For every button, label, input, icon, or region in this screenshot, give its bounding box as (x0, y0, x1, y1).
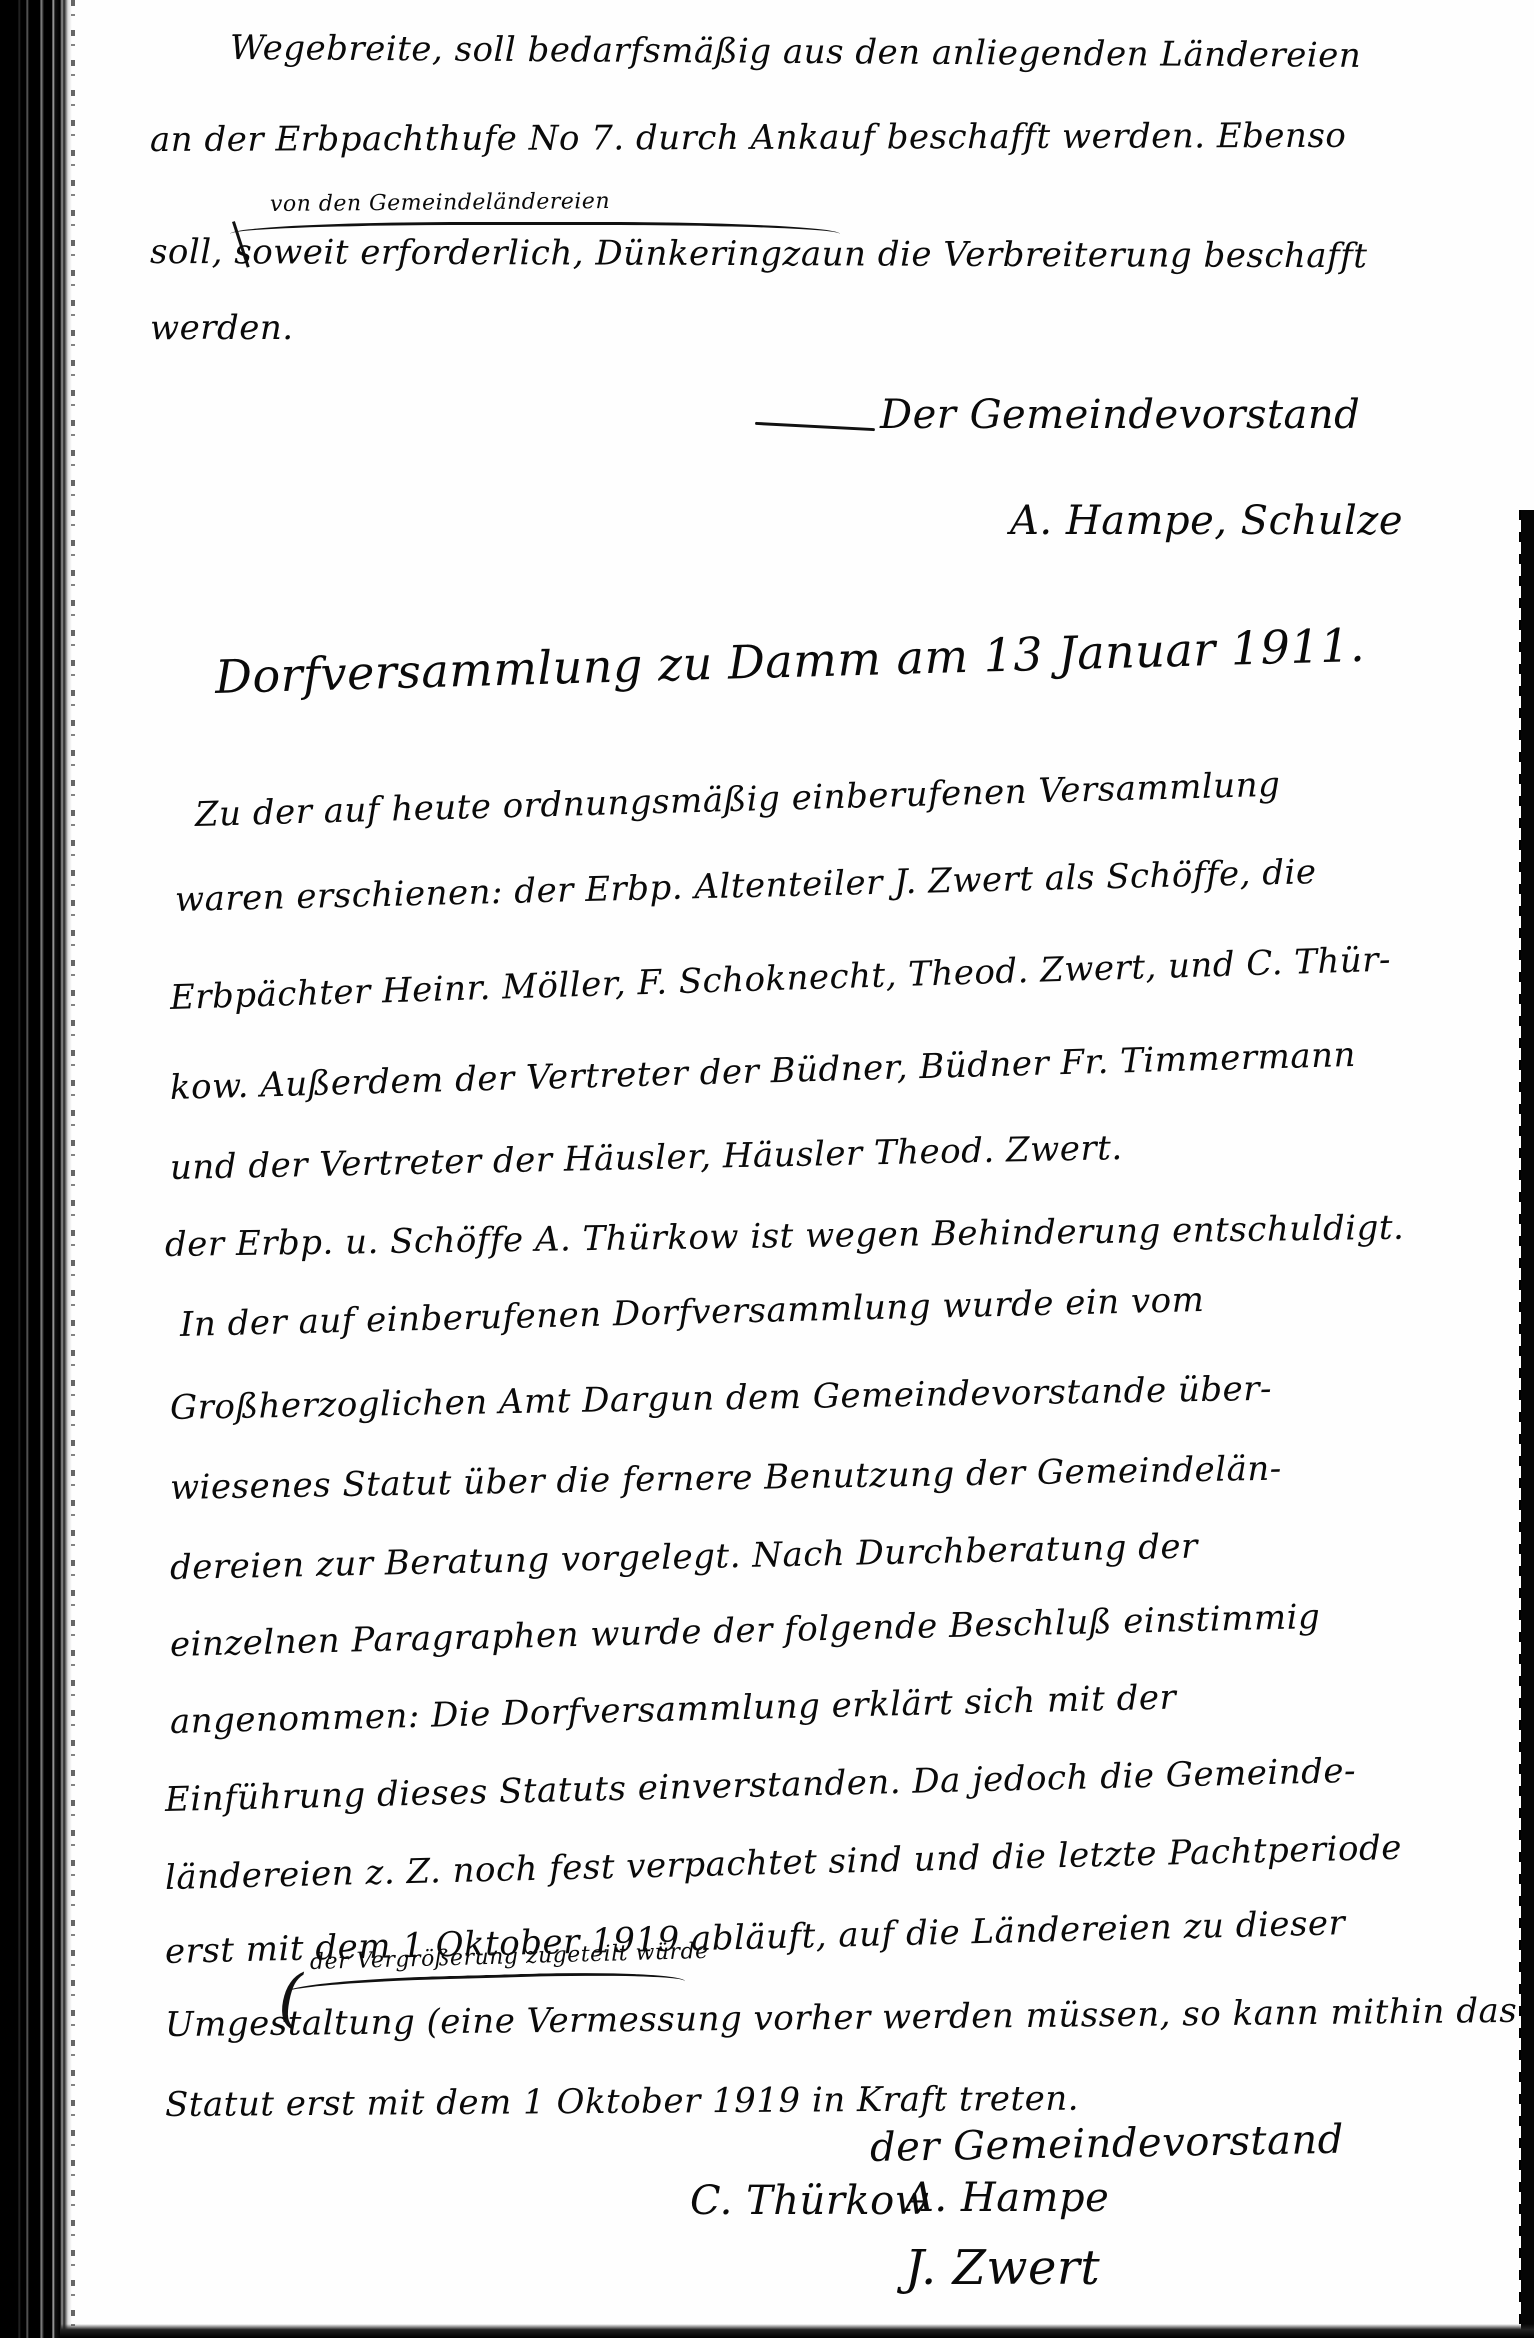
signature-heading: der Gemeindevorstand (870, 2117, 1345, 2171)
handwritten-line: Wegebreite, soll bedarfsmäßig aus den an… (230, 28, 1362, 76)
handwritten-line: soll, soweit erforderlich, Dünkeringzaun… (150, 232, 1368, 276)
handwritten-line: waren erschienen: der Erbp. Altenteiler … (175, 852, 1317, 920)
signature-heading: Der Gemeindevorstand (880, 392, 1360, 438)
handwritten-line: einzelnen Paragraphen wurde der folgende… (170, 1597, 1321, 1665)
signature: C. Thürkow (690, 2178, 930, 2224)
signature-flourish (755, 422, 875, 431)
page-right-edge-shadow (1521, 510, 1534, 2338)
handwritten-line: dereien zur Beratung vorgelegt. Nach Dur… (170, 1526, 1199, 1588)
handwritten-line: Einführung dieses Statuts einverstanden.… (165, 1751, 1357, 1820)
scanned-page: Wegebreite, soll bedarfsmäßig aus den an… (0, 0, 1534, 2338)
handwritten-line: werden. (150, 308, 294, 348)
interlinear-insertion: von den Gemeindeländereien (270, 189, 610, 217)
handwritten-line: kow. Außerdem der Vertreter der Büdner, … (169, 1035, 1356, 1108)
signature: A. Hampe, Schulze (1010, 498, 1403, 544)
handwritten-line: In der auf einberufenen Dorfversammlung … (180, 1280, 1205, 1345)
handwritten-line: der Erbp. u. Schöffe A. Thürkow ist wege… (165, 1208, 1405, 1265)
book-binding-edge (0, 0, 72, 2338)
signature: J. Zwert (905, 2240, 1100, 2296)
handwritten-line: Erbpächter Heinr. Möller, F. Schoknecht,… (169, 940, 1391, 1018)
handwritten-line: wiesenes Statut über die fernere Benutzu… (170, 1449, 1282, 1508)
handwritten-line: angenommen: Die Dorfversammlung erklärt … (170, 1677, 1177, 1742)
handwritten-line: ländereien z. Z. noch fest verpachtet si… (165, 1828, 1403, 1898)
handwritten-line: an der Erbpachthufe No 7. durch Ankauf b… (150, 116, 1346, 160)
handwritten-line: und der Vertreter der Häusler, Häusler T… (170, 1128, 1123, 1188)
meeting-title: Dorfversammlung zu Damm am 13 Januar 191… (214, 618, 1365, 704)
handwritten-line: Zu der auf heute ordnungsmäßig einberufe… (194, 765, 1280, 835)
page-bottom-edge-shadow (60, 2324, 1534, 2338)
handwritten-line: Umgestaltung (eine Vermessung vorher wer… (165, 1991, 1518, 2045)
handwritten-line: Großherzoglichen Amt Dargun dem Gemeinde… (170, 1369, 1273, 1428)
signature: A. Hampe (905, 2175, 1109, 2221)
handwritten-line: Statut erst mit dem 1 Oktober 1919 in Kr… (165, 2079, 1079, 2125)
